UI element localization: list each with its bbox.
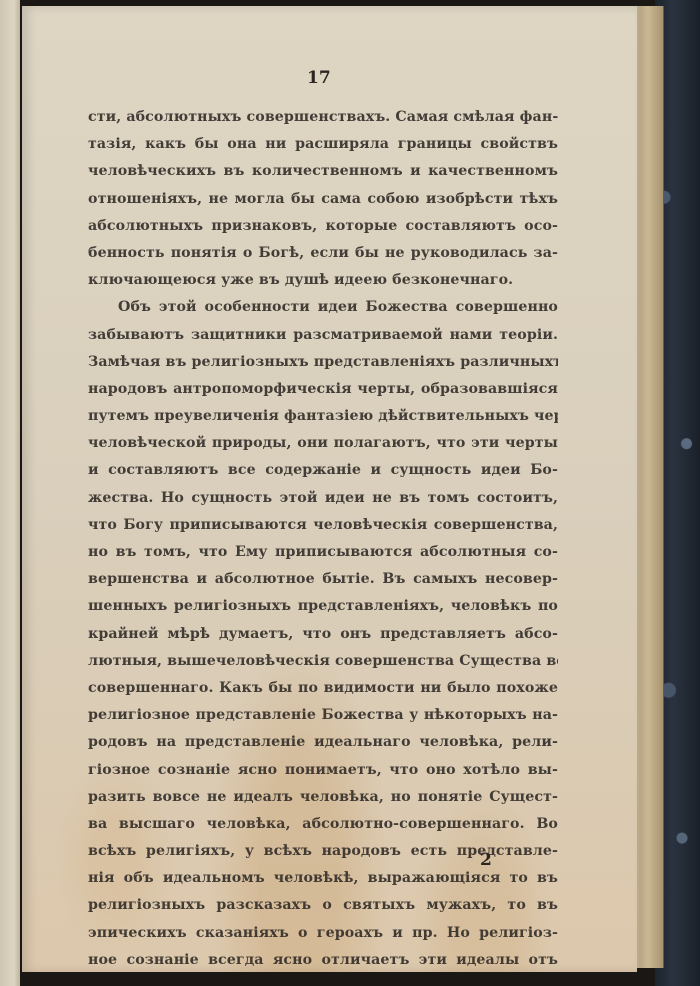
facing-page-edge (0, 0, 20, 986)
text-line: религіозное представленіе Божества у нѣк… (88, 702, 558, 729)
text-line: совершеннаго. Какъ бы по видимости ни бы… (88, 675, 558, 702)
text-line: ва высшаго человѣка, абсолютно-совершенн… (88, 811, 558, 838)
text-line: ное сознаніе всегда ясно отличаетъ эти и… (88, 947, 558, 974)
text-line: родовъ на представленіе идеальнаго челов… (88, 729, 558, 756)
text-line: гіозное сознаніе ясно понимаетъ, что оно… (88, 757, 558, 784)
text-line: жества. Но сущность этой идеи не въ томъ… (88, 485, 558, 512)
text-line: шенныхъ религіозныхъ представленіяхъ, че… (88, 593, 558, 620)
text-line: лютныя, вышечеловѣческія совершенства Су… (88, 648, 558, 675)
text-line: бенность понятія о Богѣ, если бы не руко… (88, 240, 558, 267)
text-line: Объ этой особенности идеи Божества совер… (88, 294, 558, 321)
text-line: эпическихъ сказаніяхъ о героахъ и пр. Но… (88, 920, 558, 947)
text-line: человѣческой природы, они полагаютъ, что… (88, 430, 558, 457)
text-line: забываютъ защитники разсматриваемой нами… (88, 322, 558, 349)
text-line: путемъ преувеличенія фантазіею дѣйствите… (88, 403, 558, 430)
body-text: сти, абсолютныхъ совершенствахъ. Самая с… (88, 104, 558, 974)
paragraph: сти, абсолютныхъ совершенствахъ. Самая с… (88, 104, 558, 294)
text-line: Замѣчая въ религіозныхъ представленіяхъ … (88, 349, 558, 376)
text-line: крайней мѣрѣ думаетъ, что онъ представля… (88, 621, 558, 648)
text-line: тазія, какъ бы она ни расширяла границы … (88, 131, 558, 158)
text-line: народовъ антропоморфическія черты, образ… (88, 376, 558, 403)
text-line: что Богу приписываются человѣческія сове… (88, 512, 558, 539)
text-line: вершенства и абсолютное бытіе. Въ самыхъ… (88, 566, 558, 593)
text-line: человѣческихъ въ количественномъ и качес… (88, 158, 558, 185)
book-page: 17 сти, абсолютныхъ совершенствахъ. Сама… (22, 6, 637, 972)
text-line: абсолютныхъ признаковъ, которые составля… (88, 213, 558, 240)
signature-mark: 2 (480, 850, 492, 870)
text-line: разить вовсе не идеалъ человѣка, но поня… (88, 784, 558, 811)
text-line: и составляютъ все содержаніе и сущность … (88, 457, 558, 484)
page-number: 17 (307, 68, 331, 88)
paragraph: Объ этой особенности идеи Божества совер… (88, 294, 558, 974)
text-line: сти, абсолютныхъ совершенствахъ. Самая с… (88, 104, 558, 131)
text-line: ключающеюся уже въ душѣ идеею безконечна… (88, 267, 558, 294)
text-line: но въ томъ, что Ему приписываются абсолю… (88, 539, 558, 566)
text-line: религіозныхъ разсказахъ о святыхъ мужахъ… (88, 892, 558, 919)
text-line: отношеніяхъ, не могла бы сама собою изоб… (88, 186, 558, 213)
